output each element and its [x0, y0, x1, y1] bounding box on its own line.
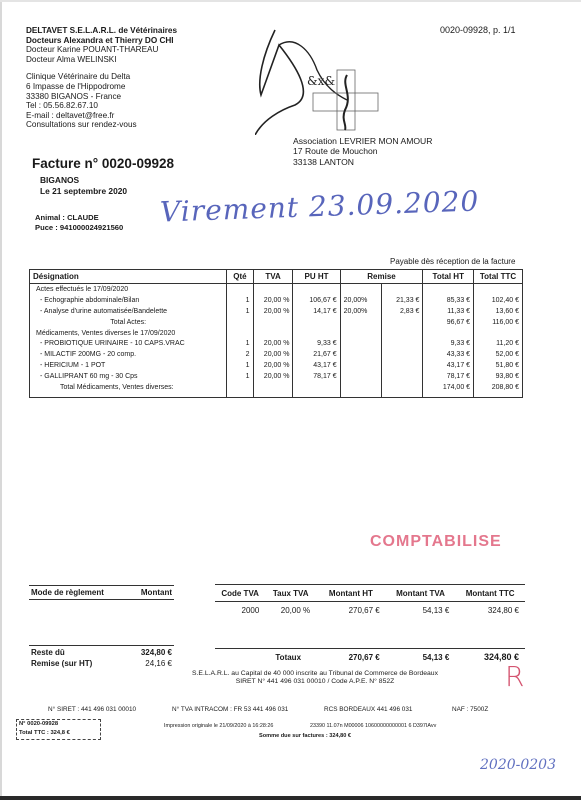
item-total-ttc: 102,40 €: [474, 295, 523, 306]
vat-amount-ht: 270,67 €: [316, 602, 386, 619]
cell-qty: [227, 328, 253, 339]
vat-totals-label: Totaux: [265, 649, 316, 666]
sender-doctors: Docteurs Alexandra et Thierry DO CHI: [26, 36, 177, 46]
item-total-ttc: 51,80 €: [474, 360, 523, 371]
vat-total-tva: 54,13 €: [386, 649, 456, 666]
col-qty: Qté: [227, 270, 253, 284]
siret: N° SIRET : 441 496 031 00010: [48, 706, 136, 713]
recipient-block: Association LEVRIER MON AMOUR 17 Route d…: [293, 136, 432, 167]
handwritten-initial: R: [505, 660, 524, 693]
item-total-ht: 11,33 €: [423, 306, 474, 317]
cell-qty: [227, 382, 253, 397]
item-remise-pct: [340, 349, 381, 360]
item-tva: 20,00 %: [253, 295, 293, 306]
table-row: - Echographie abdominale/Bilan120,00 %10…: [30, 295, 523, 306]
discount-row: Remise (sur HT) 24,16 €: [29, 658, 174, 669]
item-designation: - MILACTIF 200MG - 20 comp.: [30, 349, 227, 360]
item-pu-ht: 78,17 €: [293, 371, 340, 382]
cell-tva: [253, 317, 293, 328]
sum-due: Somme due sur factures : 324,80 €: [259, 733, 351, 739]
payment-header: Mode de règlement Montant: [29, 585, 174, 600]
item-remise-pct: 20,00%: [340, 295, 381, 306]
handwritten-reference: 2020-0203: [480, 757, 556, 773]
discount-label: Remise (sur HT): [31, 658, 92, 669]
handwritten-payment-note: Virement 23.09.2020: [160, 184, 480, 228]
table-row: - MILACTIF 200MG - 20 comp.220,00 %21,67…: [30, 349, 523, 360]
cell-pu-ht: [293, 284, 340, 295]
item-total-ttc: 93,80 €: [474, 371, 523, 382]
subtotal-row: Total Médicaments, Ventes diverses:174,0…: [30, 382, 523, 397]
item-pu-ht: 14,17 €: [293, 306, 340, 317]
item-total-ht: 9,33 €: [423, 338, 474, 349]
item-total-ttc: 13,60 €: [474, 306, 523, 317]
cell-total-ht: [423, 328, 474, 339]
vat-header-row: Code TVA Taux TVA Montant HT Montant TVA…: [215, 585, 525, 602]
legal-mentions: S.E.L.A.R.L. au Capital de 40 000 inscri…: [100, 670, 530, 686]
item-qty: 1: [227, 295, 253, 306]
cell-total-ttc: [474, 328, 523, 339]
recipient-address: 33138 LANTON: [293, 157, 432, 167]
item-total-ttc: 11,20 €: [474, 338, 523, 349]
item-total-ht: 43,17 €: [423, 360, 474, 371]
section-label: Actes effectués le 17/09/2020: [30, 284, 227, 295]
page-reference: 0020-09928, p. 1/1: [440, 25, 516, 35]
box-total: Total TTC : 324,8 €: [19, 729, 100, 738]
section-row: Médicaments, Ventes diverses le 17/09/20…: [30, 328, 523, 339]
item-pu-ht: 43,17 €: [293, 360, 340, 371]
balance-due-value: 324,80 €: [141, 647, 172, 658]
invoice-place: BIGANOS: [40, 175, 127, 186]
vat-col-code: Code TVA: [215, 585, 265, 602]
cell-pu-ht: [293, 382, 340, 397]
subtotal-label: Total Actes:: [30, 317, 227, 328]
col-tva: TVA: [253, 270, 293, 284]
item-qty: 1: [227, 371, 253, 382]
recipient-address: 17 Route de Mouchon: [293, 146, 432, 156]
cell-total-ht: [423, 284, 474, 295]
table-row: - PROBIOTIQUE URINAIRE - 10 CAPS.VRAC120…: [30, 338, 523, 349]
scan-edge: [0, 796, 581, 800]
subtotal-ht: 96,67 €: [423, 317, 474, 328]
table-row: - Analyse d'urine automatisée/Bandelette…: [30, 306, 523, 317]
section-row: Actes effectués le 17/09/2020: [30, 284, 523, 295]
cell-remise-pct: [340, 284, 381, 295]
vat-total-ht: 270,67 €: [316, 649, 386, 666]
section-label: Médicaments, Ventes diverses le 17/09/20…: [30, 328, 227, 339]
legal-line: S.E.L.A.R.L. au Capital de 40 000 inscri…: [100, 670, 530, 678]
item-total-ht: 78,17 €: [423, 371, 474, 382]
vat-amount-ttc: 324,80 €: [455, 602, 525, 619]
invoice-date: Le 21 septembre 2020: [40, 186, 127, 197]
cell-tva: [253, 382, 293, 397]
invoice-lines-table: Désignation Qté TVA PU HT Remise Total H…: [29, 269, 523, 398]
cell-qty: [227, 317, 253, 328]
payment-terms: Payable dès réception de la facture: [390, 257, 515, 266]
cell-tva: [253, 328, 293, 339]
subtotal-ttc: 208,80 €: [474, 382, 523, 397]
accounting-stamp: COMPTABILISE: [370, 533, 502, 551]
cell-remise-amt: [382, 328, 423, 339]
item-tva: 20,00 %: [253, 349, 293, 360]
item-remise-amt: 2,83 €: [382, 306, 423, 317]
col-total-ttc: Total TTC: [474, 270, 523, 284]
animal-chip: Puce : 941000024921560: [35, 223, 123, 233]
sender-email: E-mail : deltavet@free.fr: [26, 111, 177, 121]
item-qty: 2: [227, 349, 253, 360]
cell-tva: [253, 284, 293, 295]
cell-remise-pct: [340, 382, 381, 397]
item-remise-amt: [382, 360, 423, 371]
item-remise-pct: [340, 360, 381, 371]
cell-pu-ht: [293, 317, 340, 328]
cell-remise-pct: [340, 328, 381, 339]
item-remise-amt: [382, 349, 423, 360]
item-tva: 20,00 %: [253, 306, 293, 317]
item-tva: 20,00 %: [253, 371, 293, 382]
vat-code: 2000: [215, 602, 265, 619]
subtotal-label: Total Médicaments, Ventes diverses:: [30, 382, 227, 397]
sender-address: 6 Impasse de l'Hippodrome: [26, 82, 177, 92]
item-tva: 20,00 %: [253, 360, 293, 371]
item-pu-ht: 106,67 €: [293, 295, 340, 306]
item-total-ttc: 52,00 €: [474, 349, 523, 360]
vat-rate: 20,00 %: [265, 602, 316, 619]
rcs: RCS BORDEAUX 441 496 031: [324, 706, 412, 713]
cell-remise-amt: [382, 317, 423, 328]
item-qty: 1: [227, 306, 253, 317]
col-pu-ht: PU HT: [293, 270, 340, 284]
item-remise-amt: [382, 371, 423, 382]
box-invoice-number: N° 0020-09928: [19, 720, 100, 729]
page-edge: [0, 0, 2, 800]
item-total-ht: 43,33 €: [423, 349, 474, 360]
clinic-logo-icon: &x&: [255, 25, 395, 135]
cell-total-ttc: [474, 284, 523, 295]
animal-name: Animal : CLAUDE: [35, 213, 123, 223]
vat-col-tva: Montant TVA: [386, 585, 456, 602]
naf: NAF : 7500Z: [452, 706, 488, 713]
vat-col-ttc: Montant TTC: [455, 585, 525, 602]
invoice-summary-box: N° 0020-09928 Total TTC : 324,8 €: [16, 719, 101, 740]
cell-remise-amt: [382, 284, 423, 295]
page-edge: [0, 0, 581, 2]
subtotal-ht: 174,00 €: [423, 382, 474, 397]
print-info: Impression originale le 21/09/2020 à 16:…: [164, 723, 273, 729]
sender-tel: Tel : 05.56.82.67.10: [26, 101, 177, 111]
col-total-ht: Total HT: [423, 270, 474, 284]
subtotal-row: Total Actes:96,67 €116,00 €: [30, 317, 523, 328]
vat-summary-table: Code TVA Taux TVA Montant HT Montant TVA…: [215, 584, 525, 665]
sender-company: DELTAVET S.E.L.A.R.L. de Vétérinaires: [26, 26, 177, 36]
subtotal-ttc: 116,00 €: [474, 317, 523, 328]
table-header-row: Désignation Qté TVA PU HT Remise Total H…: [30, 270, 523, 284]
payment-totals: Reste dû 324,80 € Remise (sur HT) 24,16 …: [29, 645, 174, 669]
animal-info: Animal : CLAUDE Puce : 941000024921560: [35, 213, 123, 233]
sender-clinic: Clinique Vétérinaire du Delta: [26, 72, 177, 82]
item-designation: - GALLIPRANT 60 mg - 30 Cps: [30, 371, 227, 382]
cell-pu-ht: [293, 328, 340, 339]
sender-consultations: Consultations sur rendez-vous: [26, 120, 177, 130]
vat-amount-tva: 54,13 €: [386, 602, 456, 619]
item-tva: 20,00 %: [253, 338, 293, 349]
item-qty: 1: [227, 338, 253, 349]
balance-due-row: Reste dû 324,80 €: [29, 645, 174, 658]
cell-remise-pct: [340, 317, 381, 328]
payment-amount-label: Montant: [141, 588, 172, 597]
balance-due-label: Reste dû: [31, 647, 65, 658]
table-row: - HERICIUM - 1 POT120,00 %43,17 €43,17 €…: [30, 360, 523, 371]
item-qty: 1: [227, 360, 253, 371]
item-designation: - HERICIUM - 1 POT: [30, 360, 227, 371]
vat-totals-row: Totaux 270,67 € 54,13 € 324,80 €: [215, 649, 525, 666]
item-remise-amt: 21,33 €: [382, 295, 423, 306]
legal-line: SIRET N° 441 496 031 00010 / Code A.P.E.…: [100, 678, 530, 686]
item-remise-pct: 20,00%: [340, 306, 381, 317]
sender-address: 33380 BIGANOS - France: [26, 92, 177, 102]
item-pu-ht: 21,67 €: [293, 349, 340, 360]
recipient-name: Association LEVRIER MON AMOUR: [293, 136, 432, 146]
item-pu-ht: 9,33 €: [293, 338, 340, 349]
discount-value: 24,16 €: [145, 658, 172, 669]
vat-row: 2000 20,00 % 270,67 € 54,13 € 324,80 €: [215, 602, 525, 619]
item-remise-pct: [340, 371, 381, 382]
sender-doctor: Docteur Alma WELINSKI: [26, 55, 177, 65]
payment-mode-label: Mode de règlement: [31, 588, 104, 597]
table-row: - GALLIPRANT 60 mg - 30 Cps120,00 %78,17…: [30, 371, 523, 382]
cell-qty: [227, 284, 253, 295]
vat-intracom: N° TVA INTRACOM : FR 53 441 496 031: [172, 706, 288, 713]
vat-col-ht: Montant HT: [316, 585, 386, 602]
cell-remise-amt: [382, 382, 423, 397]
col-designation: Désignation: [30, 270, 227, 284]
col-remise: Remise: [340, 270, 423, 284]
vat-col-rate: Taux TVA: [265, 585, 316, 602]
invoice-title: Facture n° 0020-09928: [32, 156, 174, 171]
sender-block: DELTAVET S.E.L.A.R.L. de Vétérinaires Do…: [26, 26, 177, 130]
item-remise-pct: [340, 338, 381, 349]
print-code: 23390 11.07n M00006 10600000000001 6 D39…: [310, 723, 436, 729]
invoice-place-date: BIGANOS Le 21 septembre 2020: [40, 175, 127, 197]
item-designation: - PROBIOTIQUE URINAIRE - 10 CAPS.VRAC: [30, 338, 227, 349]
svg-text:&x&: &x&: [307, 74, 335, 88]
item-designation: - Echographie abdominale/Bilan: [30, 295, 227, 306]
item-remise-amt: [382, 338, 423, 349]
item-designation: - Analyse d'urine automatisée/Bandelette: [30, 306, 227, 317]
item-total-ht: 85,33 €: [423, 295, 474, 306]
sender-doctor: Docteur Karine POUANT-THAREAU: [26, 45, 177, 55]
